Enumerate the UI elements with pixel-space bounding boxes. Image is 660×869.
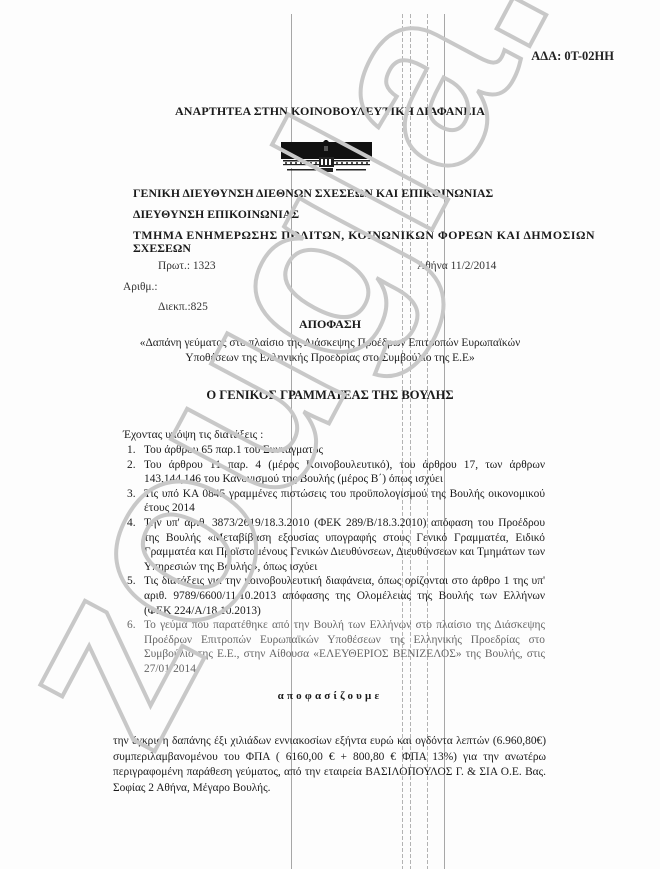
scanned-document-page: ΑΔΑ: 0Τ-02ΗΗ ΑΝΑΡΤΗΤΕΑ ΣΤΗΝ ΚΟΙΝΟΒΟΥΛΕΥΤ… (0, 0, 660, 869)
parliament-building-icon (281, 140, 372, 174)
header-department-cont: ΣΧΕΣΕΩΝ (133, 241, 191, 256)
considering-intro: Έχοντας υπόψη τις διατάξεις : (123, 428, 263, 441)
provision-item: 3.Τις υπό ΚΑ 0845 γραμμένες πιστώσεις το… (123, 487, 545, 516)
provision-item: 1.Του άρθρου 65 παρ.1 του Συντάγματος (123, 443, 545, 458)
provision-item: 5.Τις διατάξεις για την κοινοβουλευτική … (123, 574, 545, 618)
place-date: Αθήνα 11/2/2014 (417, 260, 496, 272)
decision-subject: «Δαπάνη γεύματος στο πλαίσιο της Διάσκεψ… (112, 336, 548, 366)
header-department: ΤΜΗΜΑ ΕΝΗΜΕΡΩΣΗΣ ΠΟΛΙΤΩΝ, ΚΟΙΝΩΝΙΚΩΝ ΦΟΡ… (133, 228, 595, 243)
secretary-general-heading: Ο ΓΕΝΙΚΟΣ ΓΡΑΜΜΑΤΕΑΣ ΤΗΣ ΒΟΥΛΗΣ (0, 388, 660, 403)
decide-heading: αποφασίζουμε (0, 690, 660, 702)
provision-item: 2.Του άρθρου 11 παρ. 4 (μέρος Κοινοβουλε… (123, 458, 545, 487)
approval-paragraph: την έγκριση δαπάνης έξι χιλιάδων εννιακο… (113, 734, 546, 796)
dispatch-number: Διεκπ.:825 (158, 301, 208, 313)
provisions-list: 1.Του άρθρου 65 παρ.1 του Συντάγματος 2.… (123, 443, 545, 677)
reference-number: Αριθμ.: (123, 281, 158, 293)
transparency-title: ΑΝΑΡΤΗΤΕΑ ΣΤΗΝ ΚΟΙΝΟΒΟΥΛΕΥΤΙΚΗ ΔΙΑΦΑΝΕΙΑ (0, 104, 660, 119)
decision-heading: ΑΠΟΦΑΣΗ (0, 317, 660, 332)
protocol-number: Πρωτ.: 1323 (158, 260, 216, 272)
header-directorate: ΔΙΕΥΘΥΝΣΗ ΕΠΙΚΟΙΝΩΝΙΑΣ (133, 207, 299, 222)
provision-item: 6.Το γεύμα που παρατέθηκε από την Βουλή … (123, 618, 545, 676)
ada-code: ΑΔΑ: 0Τ-02ΗΗ (531, 49, 614, 64)
provision-item: 4.Την υπ' αριθ. 3873/2619/18.3.2010 (ΦΕΚ… (123, 516, 545, 574)
header-general-directorate: ΓΕΝΙΚΗ ΔΙΕΥΘΥΝΣΗ ΔΙΕΘΝΩΝ ΣΧΕΣΕΩΝ ΚΑΙ ΕΠΙ… (133, 186, 493, 201)
